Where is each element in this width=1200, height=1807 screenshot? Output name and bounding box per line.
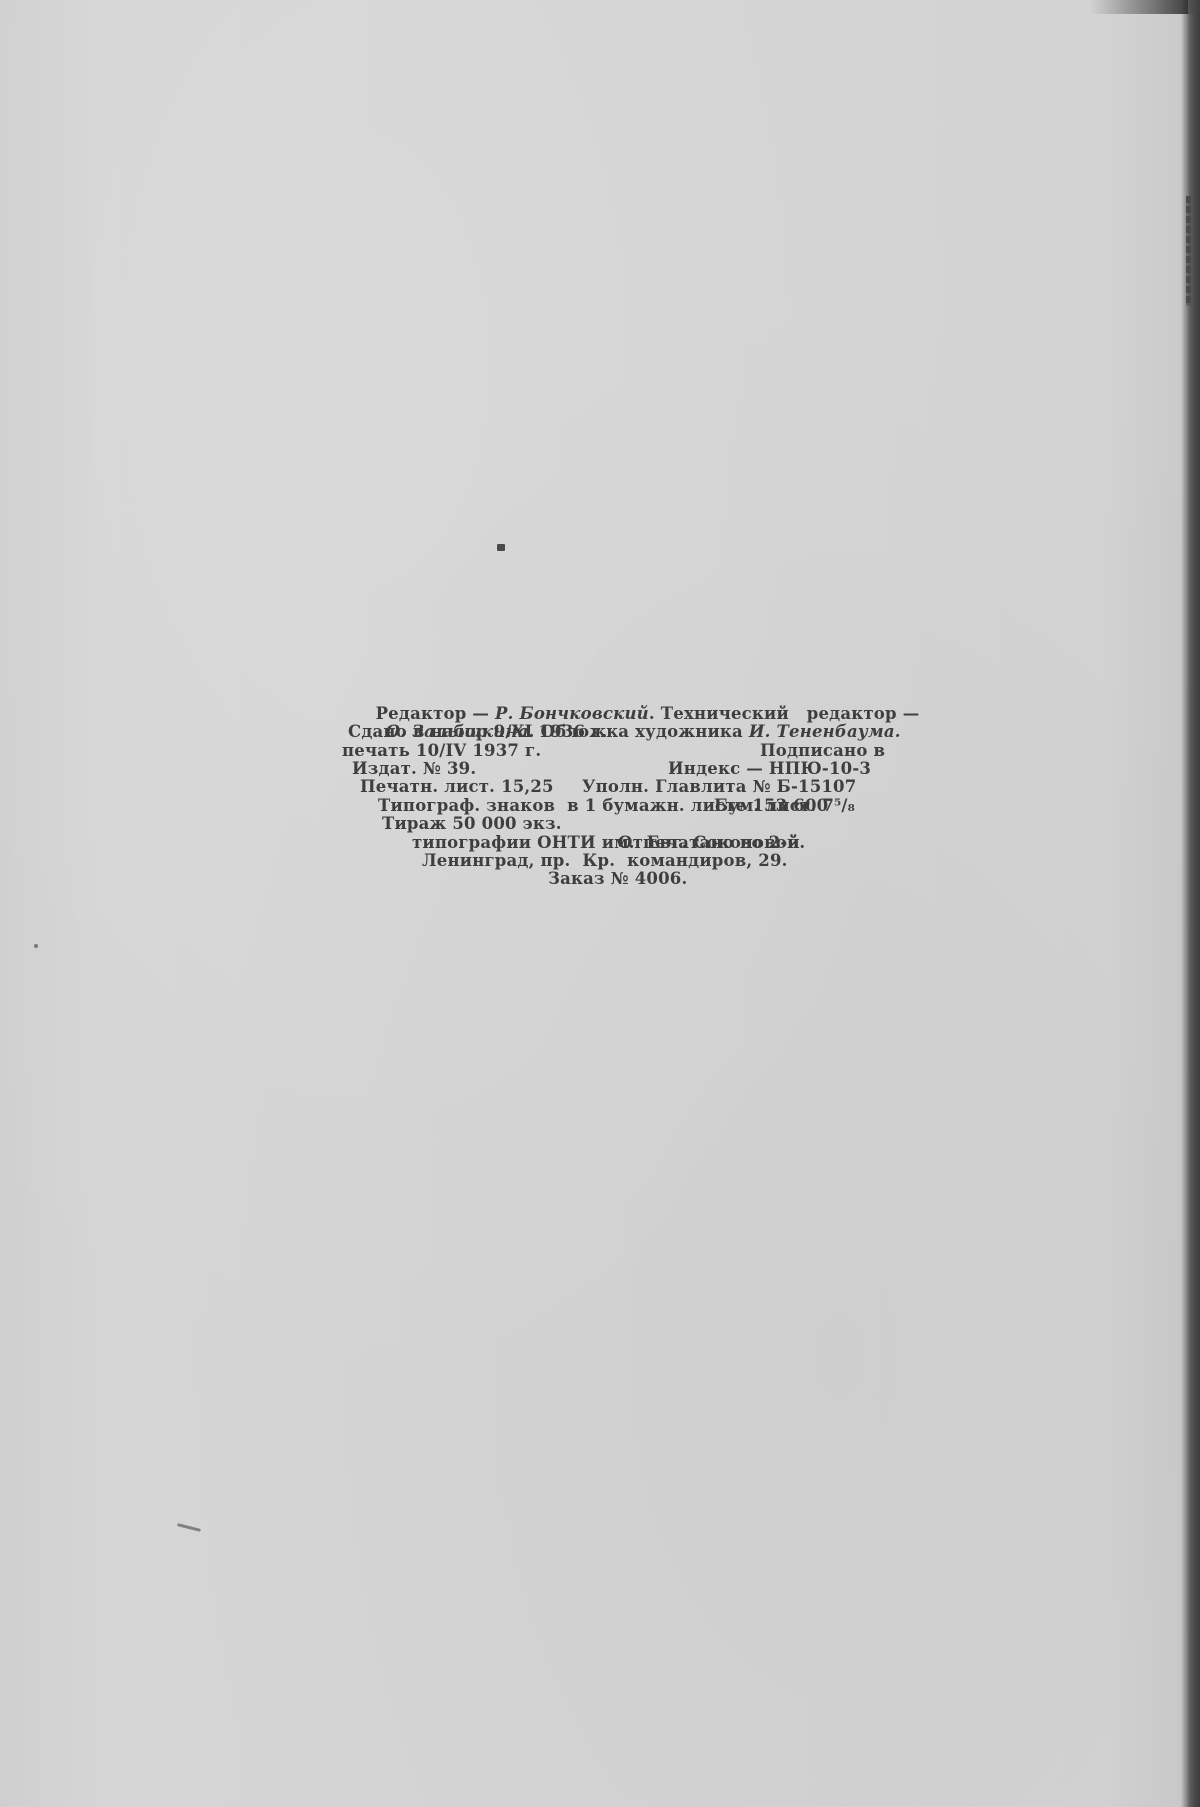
colophon-line: Типограф. знаков в 1 бумажн. листе 153 6… <box>300 778 960 796</box>
colophon-line: О. Залышкина. Обложка художника И. Тенен… <box>300 686 960 704</box>
colophon-block: Редактор — Р. Бончковский. Технический р… <box>300 668 960 870</box>
colophon-line: типографии ОНТИ им. Евг. Соколовой. <box>300 815 960 833</box>
ink-dot <box>497 544 505 551</box>
edge-marks <box>1186 196 1191 306</box>
colophon-line: Ленинград, пр. Кр. командиров, 29. <box>300 834 960 852</box>
colophon-line: Сдано в набор 9/XI 1936 г. Подписано в <box>300 705 960 723</box>
colophon-line: Редактор — Р. Бончковский. Технический р… <box>300 668 960 686</box>
paper-scratch <box>177 1523 201 1532</box>
colophon-line: Заказ № 4006. <box>300 852 960 870</box>
colophon-line: Тираж 50 000 экз. Отпечатано во 2-й <box>300 797 960 815</box>
page-corner-shadow <box>1090 0 1200 14</box>
colophon-line: Печатн. лист. 15,25 Бум. лист. 7⁵/₈ <box>300 760 960 778</box>
colophon-line: Издат. № 39. Уполн. Главлита № Б-15107 <box>300 742 960 760</box>
colophon-line: печать 10/IV 1937 г. Индекс — НПЮ-10-3 <box>300 723 960 741</box>
scanned-page: Редактор — Р. Бончковский. Технический р… <box>0 0 1200 1807</box>
order-number-text: Заказ № 4006. <box>548 870 687 888</box>
paper-speck <box>34 944 38 948</box>
